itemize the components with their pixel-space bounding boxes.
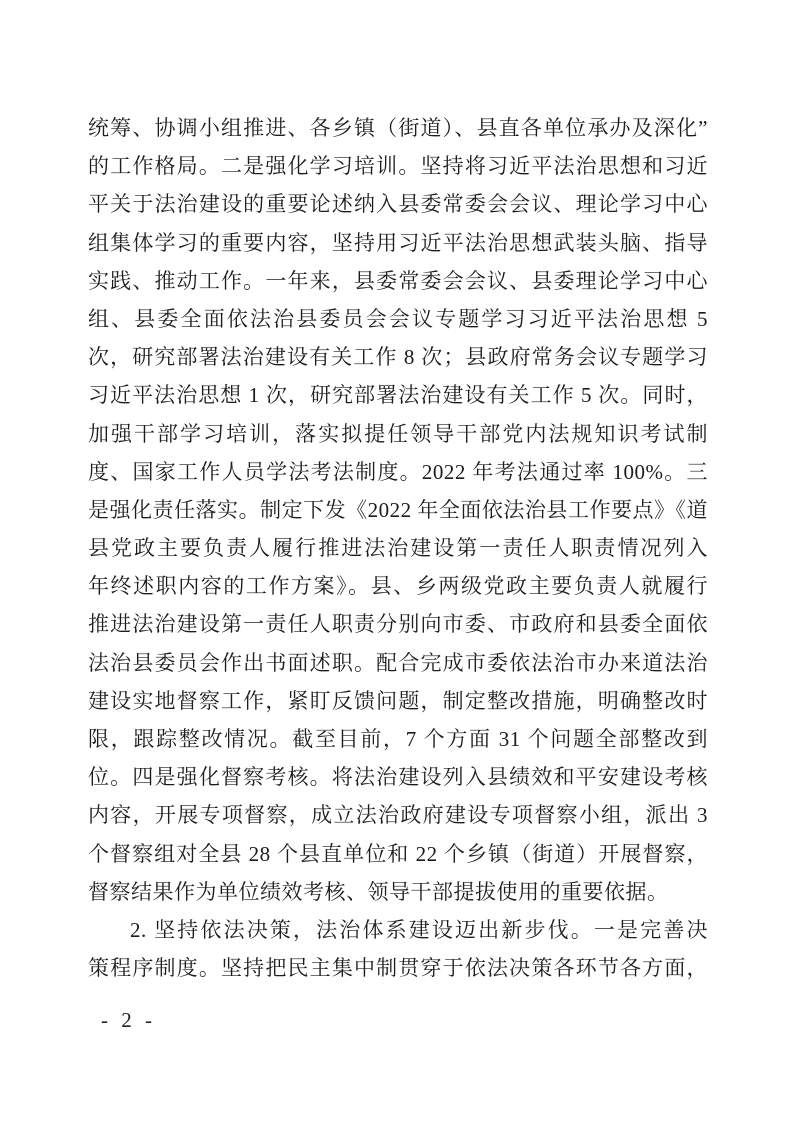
body-text-line: 次，研究部署法治建设有关工作 8 次；县政府常务会议专题学习 [88, 338, 708, 376]
body-text-line: 组集体学习的重要内容，坚持用习近平法治思想武装头脑、指导 [88, 224, 708, 262]
body-text-line: 年终述职内容的工作方案》。县、乡两级党政主要负责人就履行 [88, 567, 708, 605]
document-body: 统筹、协调小组推进、各乡镇（街道）、县直各单位承办及深化”的工作格局。二是强化学… [88, 109, 708, 987]
page-number: - 2 - [101, 1008, 153, 1033]
body-text-line: 统筹、协调小组推进、各乡镇（街道）、县直各单位承办及深化” [88, 109, 708, 147]
body-text-line: 督察结果作为单位绩效考核、领导干部提拔使用的重要依据。 [88, 873, 708, 911]
body-text-line: 限，跟踪整改情况。截至目前，7 个方面 31 个问题全部整改到 [88, 720, 708, 758]
body-text-line: 推进法治建设第一责任人职责分别向市委、市政府和县委全面依 [88, 605, 708, 643]
body-text-line: 位。四是强化督察考核。将法治建设列入县绩效和平安建设考核 [88, 758, 708, 796]
document-page: 统筹、协调小组推进、各乡镇（街道）、县直各单位承办及深化”的工作格局。二是强化学… [0, 0, 793, 1122]
body-text-line: 加强干部学习培训，落实拟提任领导干部党内法规知识考试制 [88, 415, 708, 453]
body-text-line: 县党政主要负责人履行推进法治建设第一责任人职责情况列入 [88, 529, 708, 567]
body-text-line: 实践、推动工作。一年来，县委常委会会议、县委理论学习中心 [88, 262, 708, 300]
body-text-line: 个督察组对全县 28 个县直单位和 22 个乡镇（街道）开展督察， [88, 835, 708, 873]
body-text-line: 的工作格局。二是强化学习培训。坚持将习近平法治思想和习近 [88, 147, 708, 185]
body-text-line: 2. 坚持依法决策，法治体系建设迈出新步伐。一是完善决 [88, 911, 708, 949]
body-text-line: 法治县委员会作出书面述职。配合完成市委依法治市办来道法治 [88, 644, 708, 682]
body-text-line: 度、国家工作人员学法考法制度。2022 年考法通过率 100%。三 [88, 453, 708, 491]
body-text-line: 是强化责任落实。制定下发《2022 年全面依法治县工作要点》《道 [88, 491, 708, 529]
body-text-line: 习近平法治思想 1 次，研究部署法治建设有关工作 5 次。同时， [88, 376, 708, 414]
body-text-line: 组、县委全面依法治县委员会会议专题学习习近平法治思想 5 [88, 300, 708, 338]
body-text-line: 策程序制度。坚持把民主集中制贯穿于依法决策各环节各方面， [88, 949, 708, 987]
body-text-line: 建设实地督察工作，紧盯反馈问题，制定整改措施，明确整改时 [88, 682, 708, 720]
body-text-line: 平关于法治建设的重要论述纳入县委常委会会议、理论学习中心 [88, 185, 708, 223]
body-text-line: 内容，开展专项督察，成立法治政府建设专项督察小组，派出 3 [88, 796, 708, 834]
